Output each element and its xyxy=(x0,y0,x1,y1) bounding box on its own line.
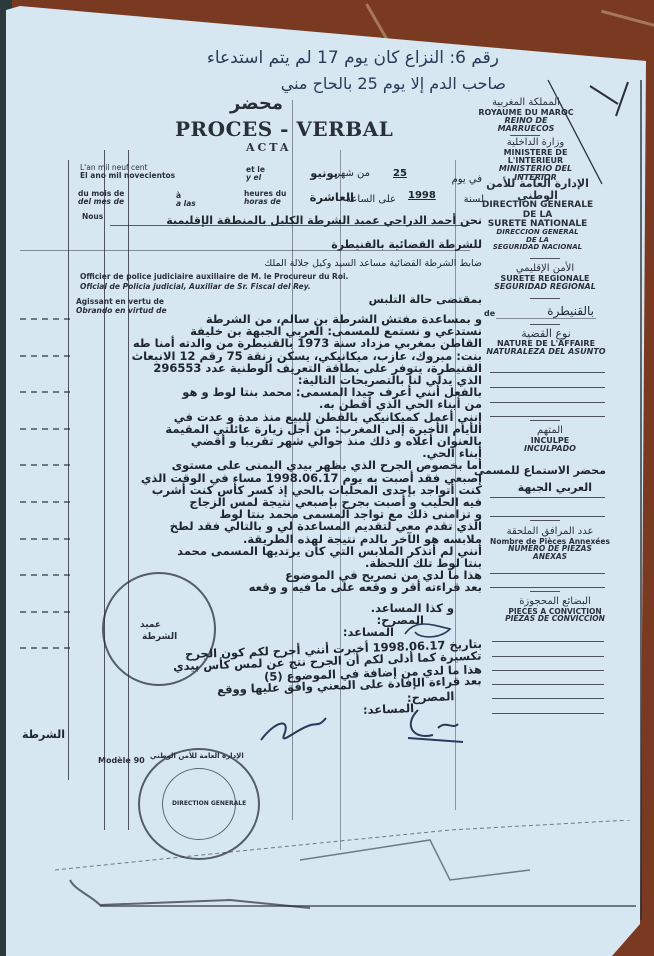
title-spanish: ACTA xyxy=(246,141,291,154)
de-value: بالقنيطرة xyxy=(547,304,594,318)
inculpe-value-line1: محضر الاستماع للمسمى xyxy=(474,464,606,477)
stamp-top-text1: عميد xyxy=(140,620,161,630)
header-pieces-annexees: عدد المرافق الملحقة Nombre de Pièces Ann… xyxy=(490,527,610,561)
nous-line: نحن أحمد الدراجي عميد الشرطة الكليل بالم… xyxy=(166,214,482,227)
handwritten-note-line1: رقم 6: النزاع كان يوم 17 لم يتم استدعاء xyxy=(207,48,499,68)
header-pieces-conviction: البضائع المحجوزة PIECES A CONVICTION PIE… xyxy=(500,597,610,623)
et-label: et le y el xyxy=(246,166,265,182)
bottom-form-lines xyxy=(50,820,630,930)
title-arabic: محضر xyxy=(230,93,283,114)
diagonal-line xyxy=(546,78,606,188)
ar-year-label: لسنة xyxy=(464,194,484,205)
header-direction: الإدارة العامة للأمن الوطني DIRECTION GE… xyxy=(480,178,595,251)
stamp-bottom-text2: DIRECTION GENERALE xyxy=(172,800,246,807)
year-value: 1998 xyxy=(408,190,436,201)
heures-label: heures du horas de xyxy=(244,190,286,206)
signature-declarant xyxy=(398,700,468,750)
statement-line: المساعد: xyxy=(343,625,394,639)
police-label: الشرطة xyxy=(22,728,65,741)
stamp-top-text2: الشرطة xyxy=(142,632,177,642)
modele-label: Modèle 90 xyxy=(98,756,145,765)
nous-label: Nous xyxy=(82,213,103,221)
title-french: PROCES - VERBAL xyxy=(175,117,393,141)
ar-day-label: في يوم xyxy=(452,174,482,185)
de-label: de xyxy=(484,310,495,318)
officer-es: Oficial de Policia judicial, Auxiliar de… xyxy=(80,283,311,291)
signature-assistant xyxy=(256,700,336,750)
agissant-ar: بمقتضى حالة التلبس xyxy=(369,293,482,306)
nous-line-2: للشرطة القضائية بالقنيطرة xyxy=(331,238,482,251)
inculpe-value-line2: العربي الجبهة xyxy=(518,481,592,494)
signature-mid xyxy=(400,614,460,644)
hour-value: العاشرة xyxy=(310,190,354,204)
a-label: à a las xyxy=(176,192,196,208)
officer-ar: ضابط الشرطة القضائية مساعد السيد وكيل جل… xyxy=(264,258,482,269)
month-value: يونيو xyxy=(310,166,338,180)
handwritten-note-line2: صاحب الدم إلا يوم 25 بالحاح مني xyxy=(281,74,506,93)
stamp-bottom-text1: الإدارة العامة للأمن الوطني xyxy=(150,752,244,760)
agissant-es: Obrando en virtud de xyxy=(76,307,167,315)
agissant-fr: Agissant en vertu de xyxy=(76,298,164,306)
ar-month-label: من شهر xyxy=(335,168,370,179)
header-inculpe: المتهم INCULPE INCULPADO xyxy=(500,426,600,453)
date-label-fr-es: L'an mil neuf cent El ano mil noveciento… xyxy=(80,164,175,180)
header-regional: الأمن الإقليمي SURETE REGIONALE SEGURIDA… xyxy=(490,264,600,291)
header-nature: نوع القضية NATURE DE L'AFFAIRE NATURALEZ… xyxy=(486,328,606,356)
mois-label: du mois de del mes de xyxy=(78,190,124,206)
officer-fr: Officier de police judiciaire auxiliaire… xyxy=(80,273,348,281)
day-value: 25 xyxy=(393,168,407,179)
statement-line: بعد قراءته أقر و وقعه على ما فيه و وقعه xyxy=(249,580,482,594)
